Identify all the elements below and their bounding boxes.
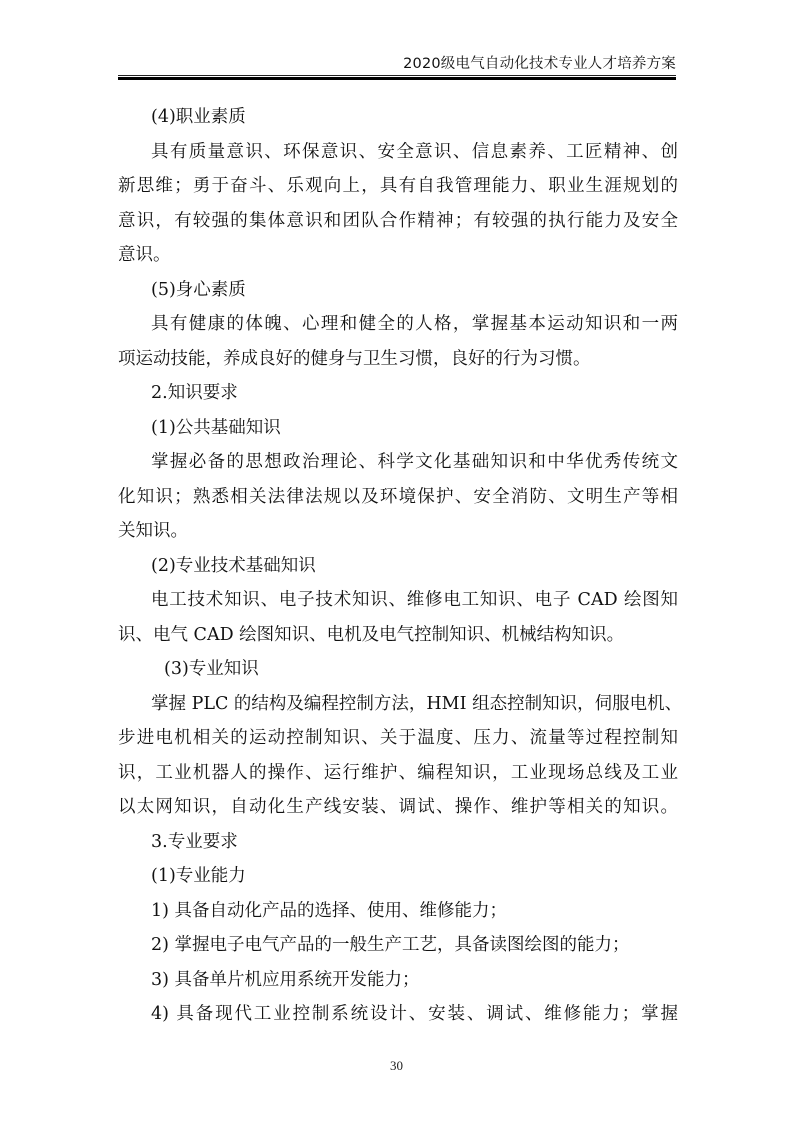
- paragraph-line: 项运动技能，养成良好的健身与卫生习惯，良好的行为习惯。: [118, 342, 678, 377]
- section-heading-professional-ability: (1)专业能力: [118, 859, 678, 894]
- section-heading-physical-mental: (5)身心素质: [118, 273, 678, 308]
- paragraph-line: 具有质量意识、环保意识、安全意识、信息素养、工匠精神、创: [118, 135, 678, 170]
- section-heading-professional-knowledge: (3)专业知识: [118, 652, 678, 687]
- paragraph-line: 识、电气 CAD 绘图知识、电机及电气控制知识、机械结构知识。: [118, 618, 678, 653]
- paragraph-line: 掌握必备的思想政治理论、科学文化基础知识和中华优秀传统文: [118, 445, 678, 480]
- header-divider-thin: [118, 75, 676, 76]
- paragraph-line: 掌握 PLC 的结构及编程控制方法，HMI 组态控制知识，伺服电机、: [118, 687, 678, 722]
- paragraph-line: 意识。: [118, 238, 678, 273]
- section-heading-public-basic-knowledge: (1)公共基础知识: [118, 411, 678, 446]
- section-heading-knowledge-requirements: 2.知识要求: [118, 376, 678, 411]
- list-item: 1) 具备自动化产品的选择、使用、维修能力；: [118, 894, 678, 929]
- section-heading-professional-quality: (4)职业素质: [118, 100, 678, 135]
- document-body: (4)职业素质 具有质量意识、环保意识、安全意识、信息素养、工匠精神、创 新思维…: [118, 100, 678, 1032]
- header-divider-thick: [118, 77, 676, 80]
- section-heading-technical-basic-knowledge: (2)专业技术基础知识: [118, 549, 678, 584]
- paragraph-line: 化知识；熟悉相关法律法规以及环境保护、安全消防、文明生产等相: [118, 480, 678, 515]
- list-item: 4) 具备现代工业控制系统设计、安装、调试、维修能力；掌握: [118, 997, 678, 1032]
- page-number: 30: [0, 1058, 793, 1074]
- paragraph-line: 意识，有较强的集体意识和团队合作精神；有较强的执行能力及安全: [118, 204, 678, 239]
- paragraph-line: 识，工业机器人的操作、运行维护、编程知识，工业现场总线及工业: [118, 756, 678, 791]
- paragraph-line: 关知识。: [118, 514, 678, 549]
- paragraph-line: 电工技术知识、电子技术知识、维修电工知识、电子 CAD 绘图知: [118, 583, 678, 618]
- paragraph-line: 以太网知识，自动化生产线安装、调试、操作、维护等相关的知识。: [118, 790, 678, 825]
- section-heading-professional-requirements: 3.专业要求: [118, 825, 678, 860]
- document-header-title: 2020级电气自动化技术专业人才培养方案: [400, 52, 676, 73]
- paragraph-line: 步进电机相关的运动控制知识、关于温度、压力、流量等过程控制知: [118, 721, 678, 756]
- paragraph-line: 具有健康的体魄、心理和健全的人格，掌握基本运动知识和一两: [118, 307, 678, 342]
- paragraph-line: 新思维；勇于奋斗、乐观向上，具有自我管理能力、职业生涯规划的: [118, 169, 678, 204]
- list-item: 3) 具备单片机应用系统开发能力；: [118, 963, 678, 998]
- list-item: 2) 掌握电子电气产品的一般生产工艺，具备读图绘图的能力；: [118, 928, 678, 963]
